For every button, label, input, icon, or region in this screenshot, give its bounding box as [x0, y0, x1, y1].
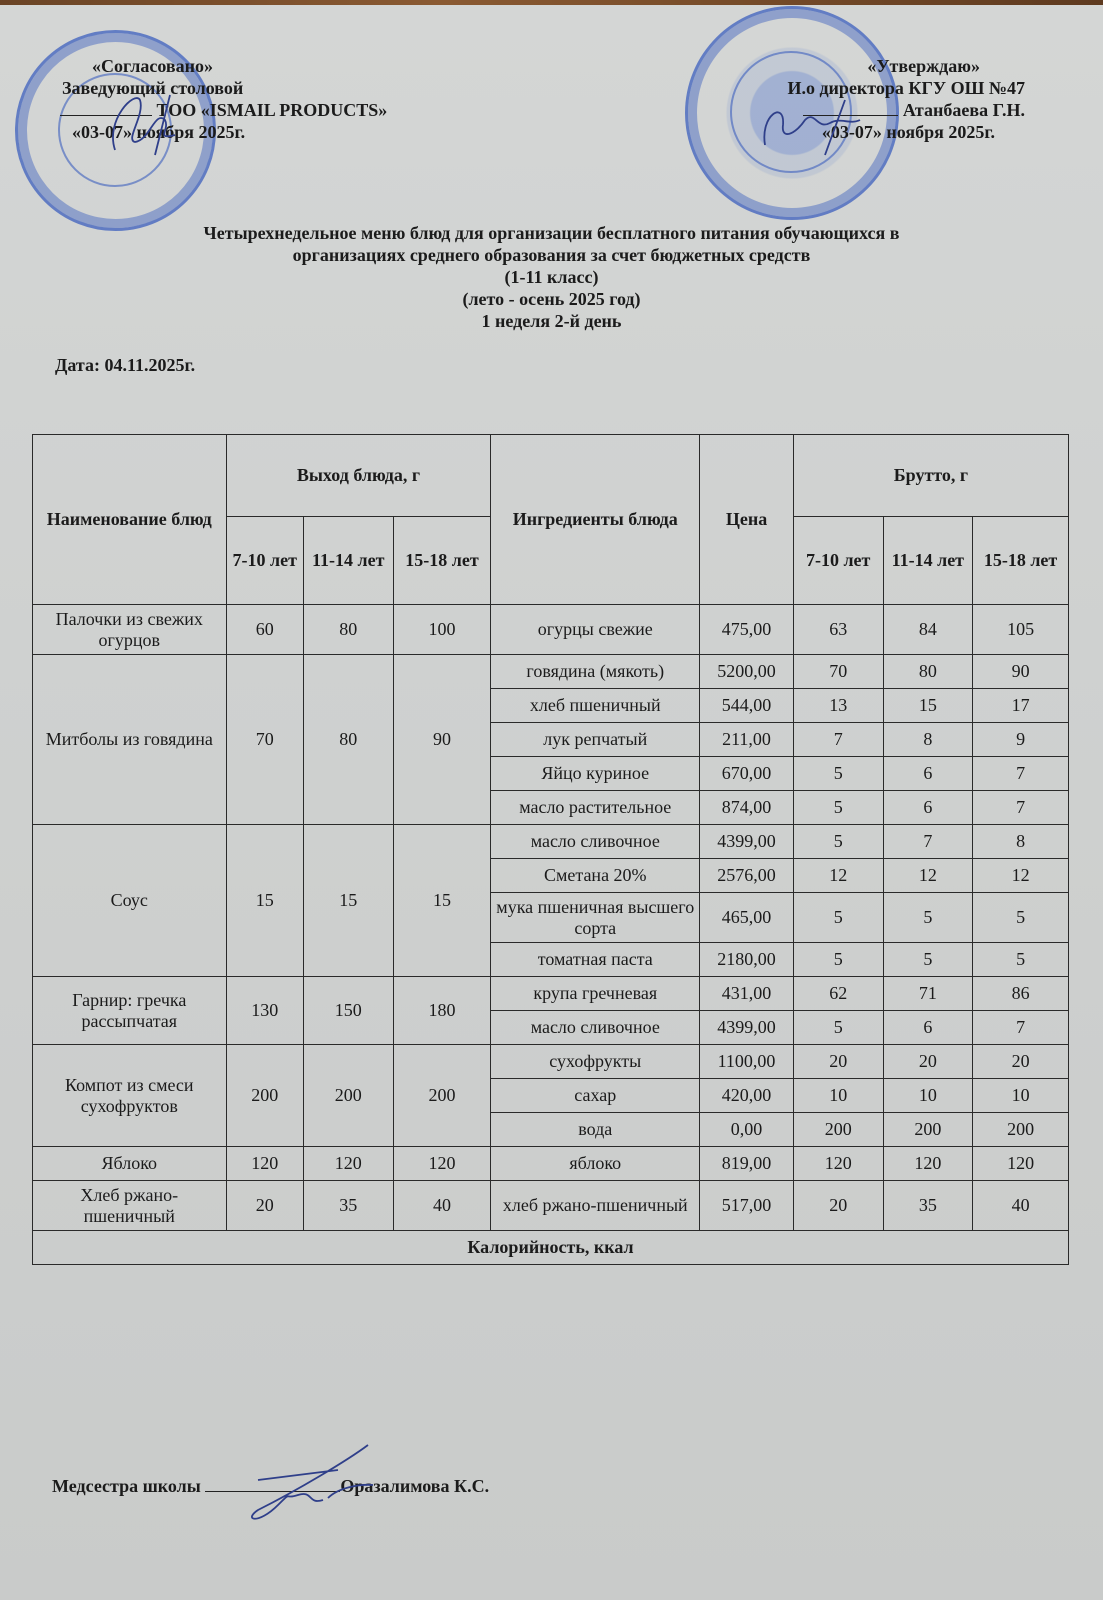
ingredient-name: хлеб пшеничный	[491, 689, 700, 723]
ingredient-price: 1100,00	[700, 1045, 794, 1079]
ingredient-price: 544,00	[700, 689, 794, 723]
ingredient-gross: 12	[973, 859, 1069, 893]
ingredient-gross: 5	[793, 825, 883, 859]
ingredient-gross: 7	[973, 791, 1069, 825]
dish-name: Митболы из говядина	[33, 655, 227, 825]
ingredient-gross: 15	[883, 689, 973, 723]
ingredient-name: говядина (мякоть)	[491, 655, 700, 689]
title-line-2: организациях среднего образования за сче…	[0, 244, 1103, 266]
title-line-5: 1 неделя 2-й день	[0, 310, 1103, 332]
dish-yield: 20	[226, 1181, 303, 1231]
dish-name: Палочки из свежих огурцов	[33, 605, 227, 655]
dish-yield: 200	[393, 1045, 491, 1147]
ingredient-name: мука пшеничная высшего сорта	[491, 893, 700, 943]
ingredient-name: томатная паста	[491, 943, 700, 977]
ingredient-gross: 6	[883, 757, 973, 791]
title-line-3: (1-11 класс)	[0, 266, 1103, 288]
ingredient-price: 670,00	[700, 757, 794, 791]
ingredient-gross: 20	[793, 1181, 883, 1231]
desk-edge	[0, 0, 1103, 5]
dish-name: Соус	[33, 825, 227, 977]
header-gross-age-3: 15-18 лет	[973, 517, 1069, 605]
ingredient-price: 0,00	[700, 1113, 794, 1147]
ingredient-price: 465,00	[700, 893, 794, 943]
ingredient-gross: 5	[973, 943, 1069, 977]
ingredient-gross: 12	[793, 859, 883, 893]
dish-yield: 40	[393, 1181, 491, 1231]
ingredient-price: 874,00	[700, 791, 794, 825]
ingredient-gross: 5	[793, 757, 883, 791]
table-row: Митболы из говядина708090говядина (мякот…	[33, 655, 1069, 689]
ingredient-gross: 8	[973, 825, 1069, 859]
ingredient-gross: 120	[883, 1147, 973, 1181]
ingredient-gross: 5	[793, 893, 883, 943]
ingredient-gross: 5	[973, 893, 1069, 943]
ingredient-name: вода	[491, 1113, 700, 1147]
ingredient-name: крупа гречневая	[491, 977, 700, 1011]
signature-left-icon	[95, 80, 190, 160]
ingredient-gross: 200	[793, 1113, 883, 1147]
approval-left-organization: ТОО «ISMAIL PRODUCTS»	[157, 100, 388, 120]
ingredient-gross: 7	[973, 757, 1069, 791]
ingredient-gross: 35	[883, 1181, 973, 1231]
menu-date: Дата: 04.11.2025г.	[55, 355, 195, 376]
ingredient-gross: 10	[793, 1079, 883, 1113]
ingredient-price: 211,00	[700, 723, 794, 757]
ingredient-gross: 71	[883, 977, 973, 1011]
dish-yield: 15	[303, 825, 393, 977]
ingredient-gross: 6	[883, 791, 973, 825]
dish-yield: 100	[393, 605, 491, 655]
ingredient-name: Сметана 20%	[491, 859, 700, 893]
dish-yield: 120	[226, 1147, 303, 1181]
ingredient-name: масло сливочное	[491, 825, 700, 859]
ingredient-gross: 63	[793, 605, 883, 655]
ingredient-gross: 9	[973, 723, 1069, 757]
ingredient-gross: 12	[883, 859, 973, 893]
dish-yield: 90	[393, 655, 491, 825]
ingredient-gross: 20	[793, 1045, 883, 1079]
ingredient-gross: 17	[973, 689, 1069, 723]
dish-yield: 80	[303, 605, 393, 655]
ingredient-gross: 84	[883, 605, 973, 655]
ingredient-gross: 8	[883, 723, 973, 757]
approval-right-name: Атанбаева Г.Н.	[903, 100, 1025, 120]
ingredient-gross: 80	[883, 655, 973, 689]
ingredient-name: сахар	[491, 1079, 700, 1113]
ingredient-gross: 200	[883, 1113, 973, 1147]
title-line-4: (лето - осень 2025 год)	[0, 288, 1103, 310]
ingredient-gross: 5	[793, 791, 883, 825]
ingredient-gross: 20	[883, 1045, 973, 1079]
ingredient-price: 2576,00	[700, 859, 794, 893]
approval-right-heading: «Утверждаю»	[740, 55, 1025, 77]
ingredient-gross: 5	[793, 943, 883, 977]
ingredient-gross: 105	[973, 605, 1069, 655]
dish-yield: 70	[226, 655, 303, 825]
signature-footer-icon	[238, 1440, 378, 1525]
dish-name: Компот из смеси сухофруктов	[33, 1045, 227, 1147]
ingredient-gross: 90	[973, 655, 1069, 689]
ingredient-gross: 200	[973, 1113, 1069, 1147]
ingredient-name: хлеб ржано-пшеничный	[491, 1181, 700, 1231]
dish-yield: 200	[303, 1045, 393, 1147]
dish-yield: 120	[393, 1147, 491, 1181]
header-yield-age-3: 15-18 лет	[393, 517, 491, 605]
ingredient-gross: 70	[793, 655, 883, 689]
dish-yield: 15	[226, 825, 303, 977]
ingredient-name: масло растительное	[491, 791, 700, 825]
approval-left-heading: «Согласовано»	[62, 55, 387, 77]
ingredient-gross: 7	[973, 1011, 1069, 1045]
dish-name: Хлеб ржано-пшеничный	[33, 1181, 227, 1231]
ingredient-gross: 40	[973, 1181, 1069, 1231]
dish-yield: 200	[226, 1045, 303, 1147]
menu-table: Наименование блюд Выход блюда, г Ингреди…	[32, 434, 1069, 1265]
header-price: Цена	[700, 435, 794, 605]
dish-yield: 150	[303, 977, 393, 1045]
ingredient-price: 4399,00	[700, 825, 794, 859]
table-row: Гарнир: гречка рассыпчатая130150180крупа…	[33, 977, 1069, 1011]
ingredient-price: 517,00	[700, 1181, 794, 1231]
ingredient-name: лук репчатый	[491, 723, 700, 757]
ingredient-gross: 5	[883, 943, 973, 977]
ingredient-gross: 7	[883, 825, 973, 859]
dish-yield: 60	[226, 605, 303, 655]
table-row: Палочки из свежих огурцов6080100огурцы с…	[33, 605, 1069, 655]
ingredient-gross: 7	[793, 723, 883, 757]
ingredient-gross: 10	[973, 1079, 1069, 1113]
ingredient-name: яблоко	[491, 1147, 700, 1181]
ingredient-price: 5200,00	[700, 655, 794, 689]
table-row: Хлеб ржано-пшеничный203540хлеб ржано-пше…	[33, 1181, 1069, 1231]
table-row: Яблоко120120120яблоко819,00120120120	[33, 1147, 1069, 1181]
ingredient-gross: 62	[793, 977, 883, 1011]
dish-yield: 120	[303, 1147, 393, 1181]
ingredient-name: огурцы свежие	[491, 605, 700, 655]
signature-right-icon	[755, 95, 875, 165]
ingredient-gross: 6	[883, 1011, 973, 1045]
table-row: Соус151515масло сливочное4399,00578	[33, 825, 1069, 859]
header-yield-age-2: 11-14 лет	[303, 517, 393, 605]
header-gross-age-2: 11-14 лет	[883, 517, 973, 605]
dish-yield: 35	[303, 1181, 393, 1231]
dish-yield: 15	[393, 825, 491, 977]
document-title: Четырехнедельное меню блюд для организац…	[0, 222, 1103, 332]
ingredient-price: 819,00	[700, 1147, 794, 1181]
title-line-1: Четырехнедельное меню блюд для организац…	[0, 222, 1103, 244]
ingredient-price: 2180,00	[700, 943, 794, 977]
header-yield: Выход блюда, г	[226, 435, 491, 517]
ingredient-name: масло сливочное	[491, 1011, 700, 1045]
ingredient-price: 431,00	[700, 977, 794, 1011]
calories-label: Калорийность, ккал	[33, 1231, 1069, 1265]
footer-position: Медсестра школы	[52, 1476, 201, 1496]
dish-name: Яблоко	[33, 1147, 227, 1181]
ingredient-gross: 5	[793, 1011, 883, 1045]
header-gross-age-1: 7-10 лет	[793, 517, 883, 605]
ingredient-gross: 20	[973, 1045, 1069, 1079]
dish-name: Гарнир: гречка рассыпчатая	[33, 977, 227, 1045]
header-dish-name: Наименование блюд	[33, 435, 227, 605]
dish-yield: 180	[393, 977, 491, 1045]
ingredient-price: 4399,00	[700, 1011, 794, 1045]
ingredient-name: сухофрукты	[491, 1045, 700, 1079]
dish-yield: 130	[226, 977, 303, 1045]
table-row: Компот из смеси сухофруктов200200200сухо…	[33, 1045, 1069, 1079]
ingredient-gross: 86	[973, 977, 1069, 1011]
ingredient-price: 420,00	[700, 1079, 794, 1113]
ingredient-price: 475,00	[700, 605, 794, 655]
ingredient-gross: 5	[883, 893, 973, 943]
ingredient-gross: 10	[883, 1079, 973, 1113]
header-ingredients: Ингредиенты блюда	[491, 435, 700, 605]
ingredient-gross: 13	[793, 689, 883, 723]
dish-yield: 80	[303, 655, 393, 825]
ingredient-name: Яйцо куриное	[491, 757, 700, 791]
ingredient-gross: 120	[973, 1147, 1069, 1181]
ingredient-gross: 120	[793, 1147, 883, 1181]
header-gross: Брутто, г	[793, 435, 1068, 517]
header-yield-age-1: 7-10 лет	[226, 517, 303, 605]
